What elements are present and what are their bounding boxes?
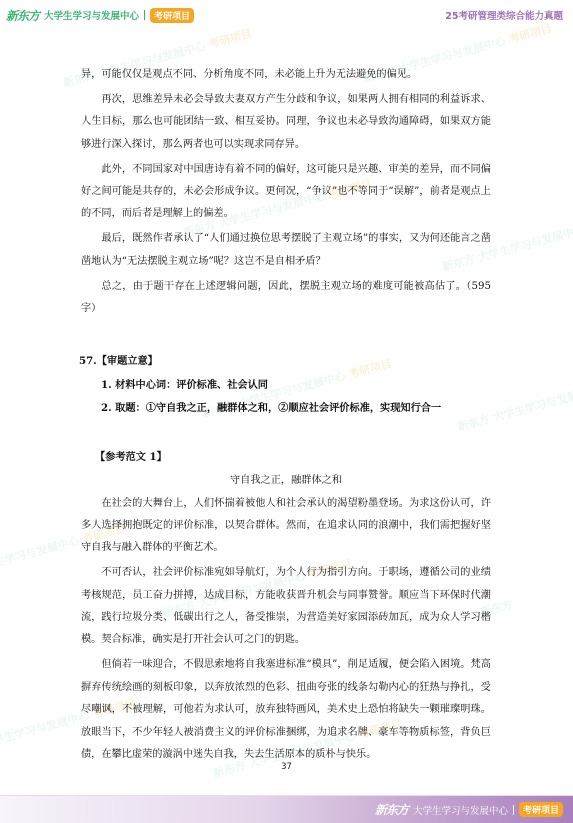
paragraph: 此外，不同国家对中国唐诗有着不同的偏好，这可能只是兴趣、审美的差异，而不同偏好之… (81, 159, 491, 226)
question-item: 2. 取题：①守自我之正，融群体之和，②顺应社会评价标准，实现知行合一 (81, 397, 491, 419)
project-badge: 考研项目 (519, 802, 563, 817)
question-item: 1. 材料中心词：评价标准、社会认同 (81, 374, 491, 396)
paragraph: 不可否认，社会评价标准宛如导航灯，为个人行为指引方向。于职场，遵循公司的业绩考核… (81, 562, 491, 652)
paragraph: 再次，思维差异未必会导致夫妻双方产生分歧和争议，如果两人拥有相同的利益诉求、人生… (81, 89, 491, 156)
question-title: 57.【审题立意】 (79, 350, 491, 372)
org-name: 大学生学习与发展中心 (44, 8, 139, 22)
page-footer: 新东方 大学生学习与发展中心 考研项目 (0, 795, 573, 823)
paragraph: 但倘若一味迎合，不假思索地将自我塞进标准“模具”，削足适履，便会陷入困境。梵高摒… (81, 654, 491, 766)
page-number: 37 (0, 762, 573, 772)
paragraph: 在社会的大舞台上，人们怀揣着被他人和社会承认的渴望粉墨登场。为求这份认可，许多人… (81, 493, 491, 560)
header-divider (144, 10, 145, 20)
paragraph: 异，可能仅仅是观点不同、分析角度不同，未必能上升为无法避免的偏见。 (81, 64, 491, 86)
document-body: 异，可能仅仅是观点不同、分析角度不同，未必能上升为无法避免的偏见。 再次，思维差… (81, 64, 491, 769)
essay-title: 守自我之正，融群体之和 (81, 470, 491, 492)
document-title: 25考研管理类综合能力真题 (445, 8, 563, 22)
paragraph: 总之，由于题干存在上述逻辑问题，因此，摆脱主观立场的难度可能被高估了。（595字… (81, 276, 491, 321)
org-name: 大学生学习与发展中心 (413, 803, 508, 817)
project-badge: 考研项目 (150, 8, 194, 23)
xdf-logo: 新东方 (6, 7, 39, 24)
footer-divider (513, 805, 514, 815)
page-header: 新东方 大学生学习与发展中心 考研项目 25考研管理类综合能力真题 (0, 0, 573, 30)
paragraph: 最后，既然作者承认了“人们通过换位思考摆脱了主观立场”的事实，又为何还能言之凿凿… (81, 228, 491, 273)
question-section: 57.【审题立意】 1. 材料中心词：评价标准、社会认同 2. 取题：①守自我之… (81, 350, 491, 419)
reference-label: 【参考范文 1】 (81, 446, 491, 468)
header-brand: 新东方 大学生学习与发展中心 考研项目 (6, 7, 194, 24)
xdf-logo: 新东方 (375, 801, 408, 818)
